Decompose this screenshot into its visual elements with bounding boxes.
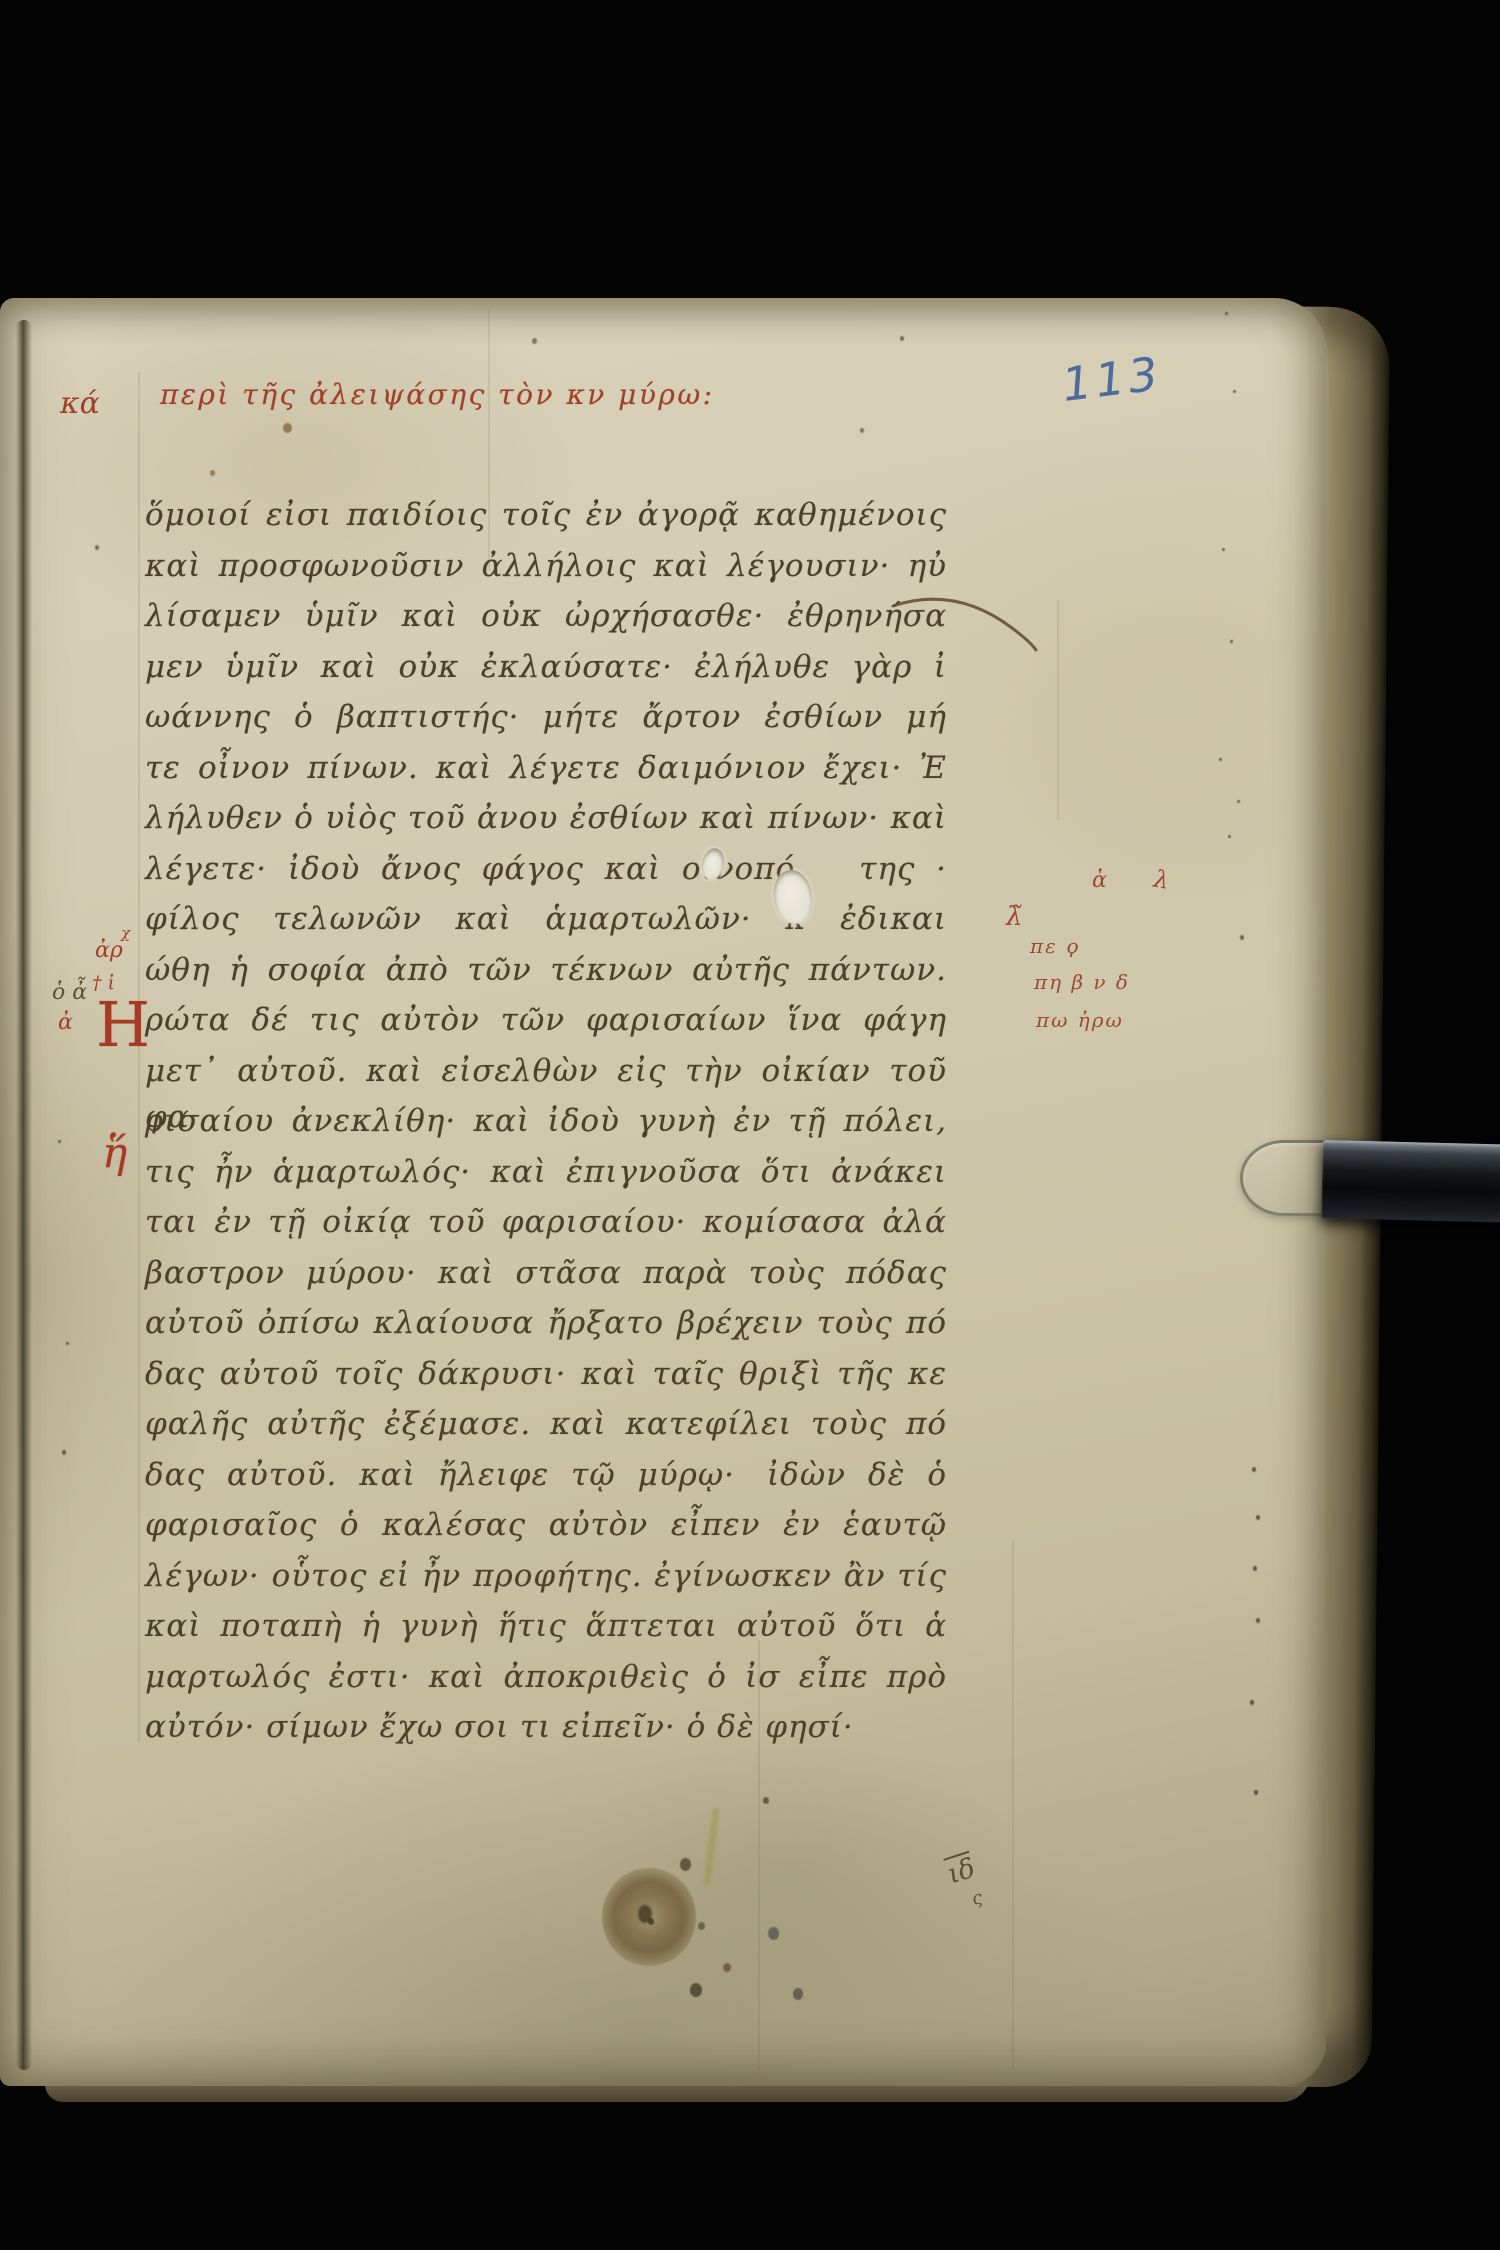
speck bbox=[763, 1797, 769, 1804]
speck bbox=[62, 1450, 66, 1455]
speck bbox=[95, 545, 99, 550]
speck bbox=[1256, 1618, 1260, 1623]
speck bbox=[690, 1983, 702, 1997]
speck bbox=[1252, 1467, 1256, 1472]
speck bbox=[768, 1927, 779, 1940]
speck bbox=[860, 428, 864, 433]
speck bbox=[680, 1858, 691, 1871]
pen-flourish bbox=[0, 0, 1500, 2250]
speck bbox=[210, 470, 215, 476]
speck bbox=[1253, 1566, 1257, 1571]
speck bbox=[900, 336, 904, 341]
speck bbox=[1254, 1790, 1258, 1795]
speck bbox=[1250, 1700, 1254, 1705]
page-clip-handle[interactable] bbox=[1321, 1140, 1500, 1222]
speck bbox=[648, 1918, 654, 1925]
photo-backdrop: κά περὶ τῆς ἀλειψάσης τὸν κν μύρω: 113 ὅ… bbox=[0, 0, 1500, 2250]
speck bbox=[532, 338, 537, 344]
speck bbox=[1256, 1515, 1260, 1520]
speck bbox=[698, 1922, 705, 1930]
speck bbox=[793, 1988, 803, 2000]
speck bbox=[1240, 935, 1244, 940]
